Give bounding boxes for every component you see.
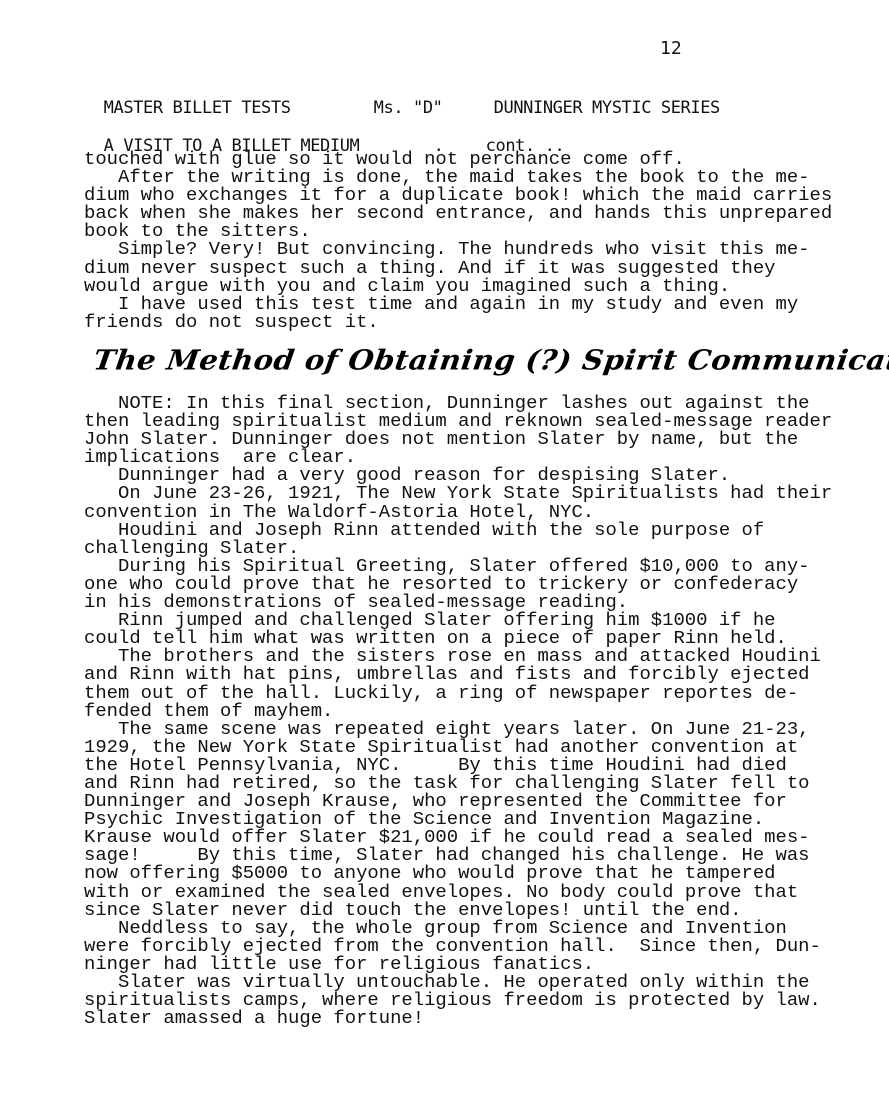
body-section-2: NOTE: In this final section, Dunninger l… [84, 394, 824, 1027]
manuscript-label: Ms. "D" [374, 98, 494, 118]
text-line: Slater amassed a huge fortune! [84, 1009, 824, 1027]
text-line: friends do not suspect it. [84, 313, 824, 331]
running-header: MASTER BILLET TESTSMs. "D"DUNNINGER MYST… [84, 78, 720, 118]
series-name: DUNNINGER MYSTIC SERIES [494, 98, 720, 118]
series-title: MASTER BILLET TESTS [104, 98, 374, 118]
text-line: Simple? Very! But convincing. The hundre… [84, 240, 824, 258]
text-line: dium never suspect such a thing. And if … [84, 259, 824, 277]
text-line: fended them of mayhem. [84, 702, 824, 720]
text-line: with or examined the sealed envelopes. N… [84, 883, 824, 901]
body-section-1: touched with glue so it would not percha… [84, 150, 824, 331]
text-line: since Slater never did touch the envelop… [84, 901, 824, 919]
text-line: now offering $5000 to anyone who would p… [84, 864, 824, 882]
page-number: 12 [660, 38, 682, 59]
text-line: convention in The Waldorf-Astoria Hotel,… [84, 503, 824, 521]
section-title: The Method of Obtaining (?) Spirit Commu… [91, 344, 889, 376]
text-line: them out of the hall. Luckily, a ring of… [84, 684, 824, 702]
text-line: and Rinn with hat pins, umbrellas and fi… [84, 665, 824, 683]
text-line: On June 23-26, 1921, The New York State … [84, 484, 824, 502]
